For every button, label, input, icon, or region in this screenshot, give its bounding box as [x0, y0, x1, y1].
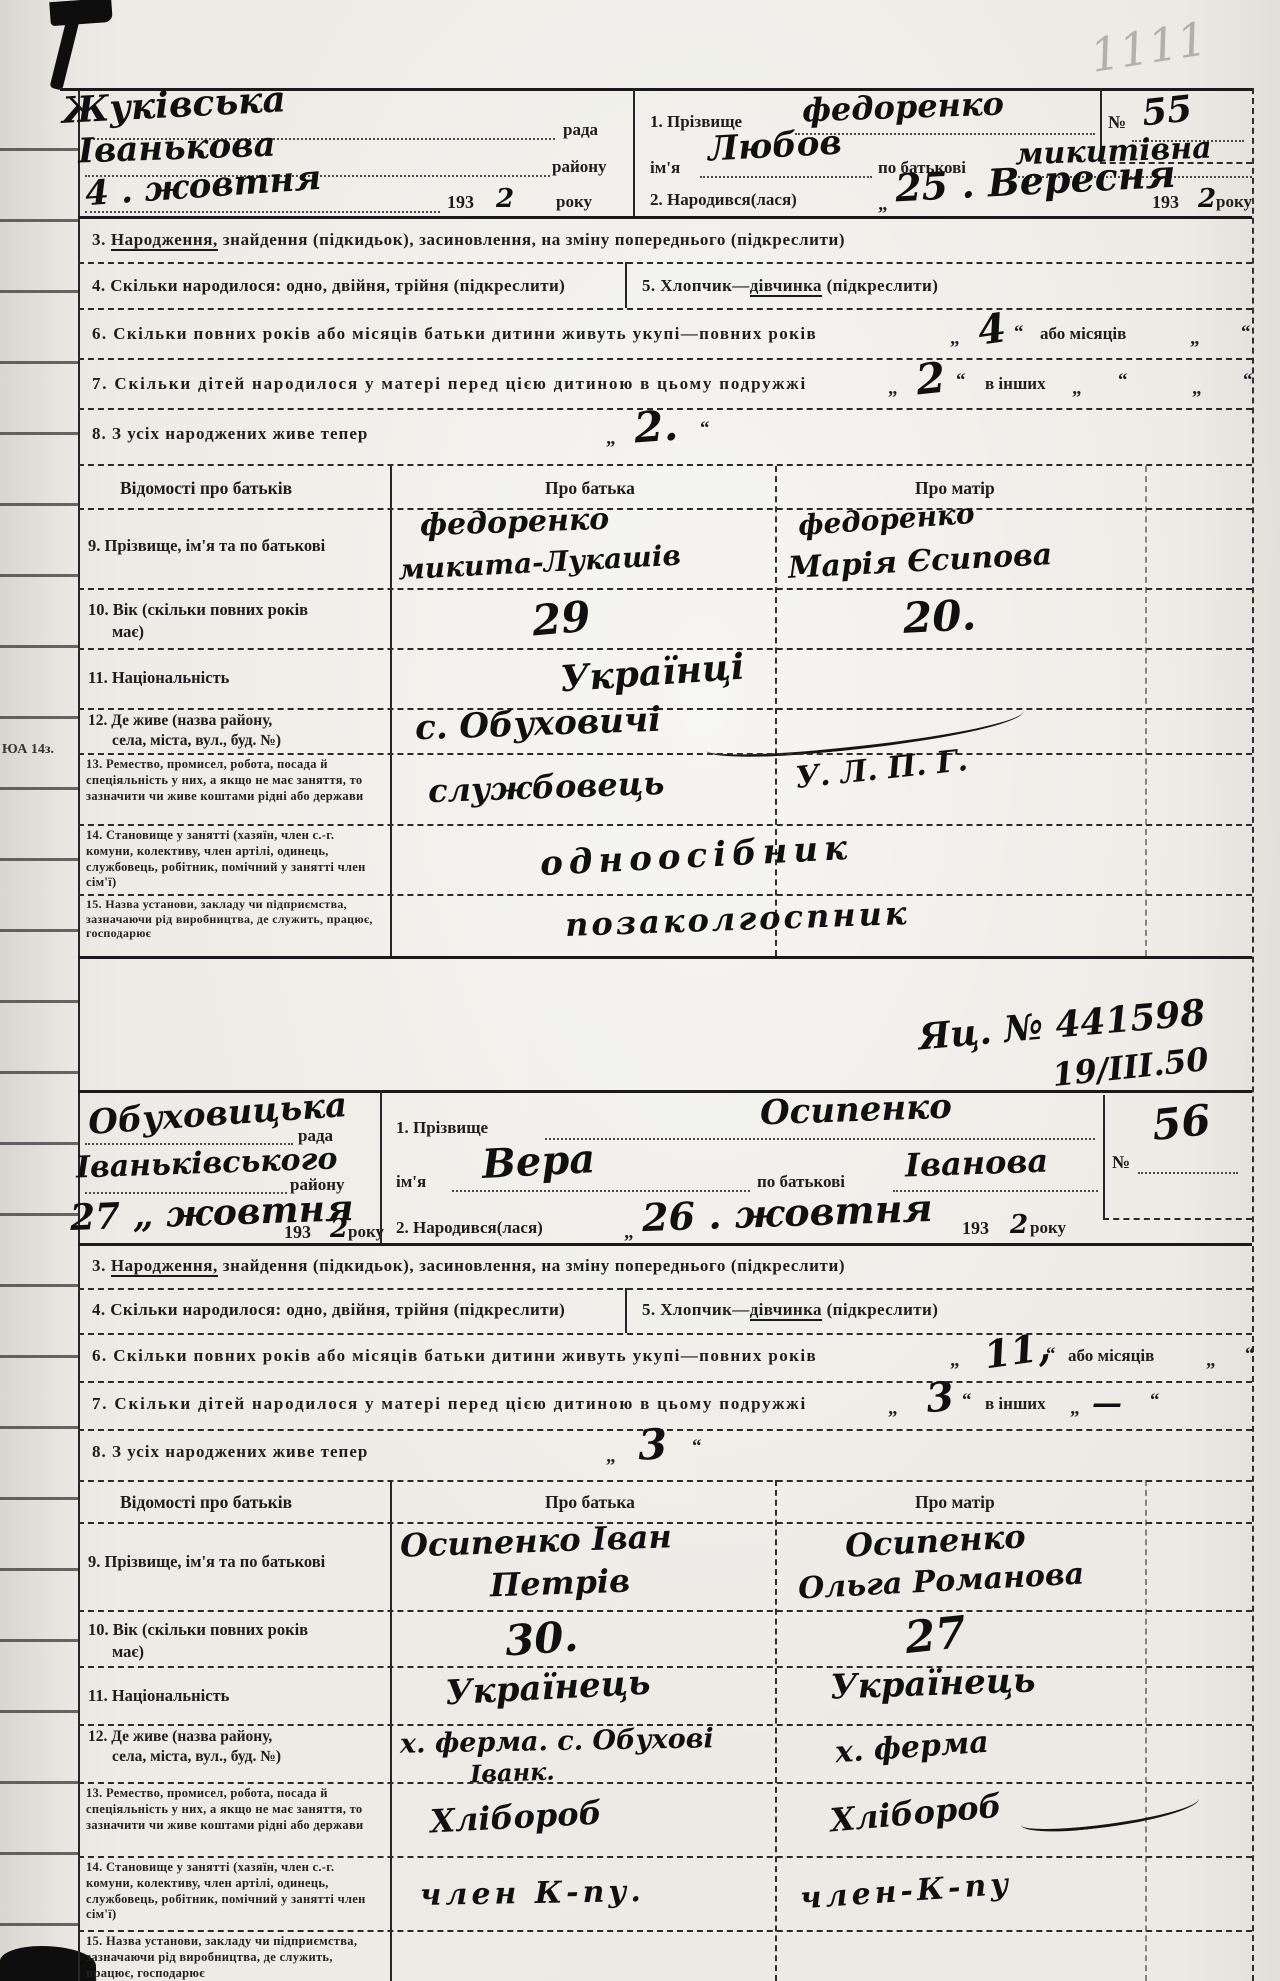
form1-born-label: 2. Народився(лася) [650, 190, 797, 210]
form1-field8-count-handwriting: 2. [632, 401, 679, 453]
form1-field7-text: 7. Скільки дітей народилося у матері пер… [92, 374, 807, 394]
form2-field7-text: 7. Скільки дітей народилося у матері пер… [92, 1394, 807, 1414]
form2-th-parents: Відомості про батьків [120, 1492, 292, 1513]
form1-row9-label: 9. Прізвище, ім'я та по батькові [88, 536, 325, 556]
form1-rule-14 [78, 894, 1252, 896]
form1-row11-label: 11. Національність [88, 668, 229, 688]
form2-header-bottom-rule [78, 1243, 1252, 1246]
form2-father-nationality-handwriting: Українець [444, 1663, 651, 1714]
form1-row15-label: 15. Назва установи, закладу чи підприємс… [86, 897, 380, 941]
form1-name-label: ім'я [650, 158, 680, 178]
form2-father-name-line1-handwriting: Осипенко Іван [399, 1517, 672, 1564]
form2-field7-count-handwriting: 3 [924, 1373, 957, 1423]
form2-row15-label: 15. Назва установи, закладу чи підприємс… [86, 1934, 380, 1981]
form1-rule-11 [78, 708, 1252, 710]
form2-rule-13 [78, 1856, 1252, 1858]
form-left-border [78, 88, 80, 1981]
field3-number: 3. [92, 230, 106, 249]
form2-rule-12 [78, 1782, 1252, 1784]
form1-birth-193: 193 [1152, 192, 1179, 213]
form1-rule-6 [78, 358, 1252, 360]
form1-field6b-text: або місяців [1040, 324, 1126, 344]
form2-table-col3-divider [1145, 1480, 1147, 1981]
form2-field6-months-open-quote: „ [1206, 1350, 1216, 1372]
form1-field7-open-quote: „ [888, 378, 898, 400]
form2-row14-label: 14. Становище у занятті (хазяїн, член с.… [86, 1860, 380, 1923]
form1-date-dotline [85, 211, 440, 213]
form2-surname-label: 1. Прізвище [396, 1118, 488, 1138]
form1-bottom-rule [78, 956, 1252, 959]
field5-post: (підкреслити) [827, 1300, 939, 1319]
form2-row10-label-line2: має) [112, 1642, 144, 1662]
form1-born-open-quote: „ [878, 194, 888, 216]
form1-row12-label-line2: села, міста, вул., буд. №) [112, 732, 281, 750]
form2-record-number-handwriting: 56 [1150, 1095, 1213, 1150]
form1-row12-label-line1: 12. Де живе (назва району, [88, 712, 272, 730]
form1-nationality-handwriting: Українці [559, 646, 746, 701]
form2-field8-open-quote: „ [606, 1446, 616, 1468]
form1-field4-text: 4. Скільки народилося: одно, двійня, трі… [92, 276, 565, 296]
form1-header-divider [633, 88, 635, 216]
form1-field3-text: 3. Народження, знайдення (підкидьок), за… [92, 230, 845, 250]
form1-number-label: № [1108, 112, 1126, 133]
form1-father-name-line2-handwriting: микита-Лукашів [397, 539, 681, 587]
form2-table-col1-divider [390, 1480, 392, 1981]
form1-rada-handwriting: Жуківська [61, 78, 287, 132]
form2-father-age-handwriting: 30. [503, 1612, 579, 1666]
form1-mother-age-handwriting: 20. [902, 590, 978, 643]
form2-rule-4 [78, 1333, 1252, 1335]
form1-rule-12 [78, 753, 1252, 755]
form2-rule-8 [78, 1480, 1252, 1482]
form1-record-number-handwriting: 55 [1140, 87, 1194, 134]
form1-table-col3-divider [1145, 466, 1147, 956]
form2-header-divider [380, 1090, 382, 1243]
scan-bottom-blob [0, 1946, 96, 1981]
form1-field6-months-close-quote: “ [1241, 322, 1251, 344]
form1-field8-close-quote: “ [700, 418, 710, 440]
field5-underlined-word: дівчинка [750, 1300, 822, 1321]
form2-field7-other-handwriting: — [1092, 1386, 1122, 1421]
form1-field7b-text: в інших [985, 374, 1046, 394]
form1-th-parents: Відомості про батьків [120, 478, 292, 499]
field5-pre: 5. Хлопчик— [642, 276, 750, 295]
scanned-registry-page: 1111 ЮА 14з. Жуківська рада Іванькова ра… [0, 0, 1280, 1981]
form2-field4-text: 4. Скільки народилося: одно, двійня, трі… [92, 1300, 565, 1320]
form1-year-digit-handwriting: 2 [496, 184, 514, 214]
form2-field7-other-open-quote: „ [1070, 1398, 1080, 1420]
form2-patronymic-handwriting: Іванова [904, 1142, 1048, 1185]
form1-th-mother: Про матір [915, 478, 995, 499]
form2-number-dotline [1138, 1172, 1238, 1174]
form1-birth-roku-label: року [1216, 192, 1252, 212]
form2-surname-handwriting: Осипенко [759, 1087, 952, 1134]
form1-rule-8 [78, 464, 1252, 466]
form2-rule-10 [78, 1666, 1252, 1668]
field5-underlined-word: дівчинка [750, 276, 822, 297]
form1-rule-3 [78, 262, 1252, 264]
form2-field7-other-close-quote: “ [1150, 1390, 1160, 1412]
form2-row10-label-line1: 10. Вік (скільки повних років [88, 1620, 308, 1640]
form1-table-col2-divider [775, 466, 777, 956]
form1-mother-name-line1-handwriting: федоренко [797, 497, 976, 542]
form1-field7-extra-close-quote: “ [1243, 370, 1253, 392]
form2-mother-position-handwriting: член-К-пу [799, 1867, 1013, 1917]
form2-year-193: 193 [284, 1222, 311, 1243]
form2-roku-label: року [348, 1222, 384, 1242]
form2-field3-text: 3. Народження, знайдення (підкидьок), за… [92, 1256, 845, 1276]
field5-pre: 5. Хлопчик— [642, 1300, 750, 1319]
form2-father-position-handwriting: член К-пу. [420, 1874, 645, 1913]
form2-birth-year-digit-handwriting: 2 [1010, 1210, 1028, 1240]
form1-row14-label: 14. Становище у занятті (хазяїн, член с.… [86, 828, 380, 891]
form1-field8-text: 8. З усіх народжених живе тепер [92, 424, 368, 444]
form2-rule-14 [78, 1930, 1252, 1932]
form2-father-name-line2-handwriting: Петрів [489, 1562, 630, 1605]
form2-number-box-bottom [1103, 1218, 1252, 1220]
form2-th-mother: Про матір [915, 1492, 995, 1513]
form2-field7-close-quote: “ [962, 1390, 972, 1412]
form1-residence-handwriting: с. Обуховичі [414, 700, 661, 749]
field3-underlined-word: Народження, [111, 1256, 218, 1277]
pencil-scribble: 1111 [1086, 11, 1210, 83]
form2-mother-residence-handwriting: х. ферма [834, 1725, 990, 1771]
form2-rule-3 [78, 1288, 1252, 1290]
form1-rule-4 [78, 308, 1252, 310]
form2-registration-date-handwriting: 27 „ жовтня [69, 1187, 354, 1239]
scan-corner-blob [49, 0, 113, 26]
form2-field7-open-quote: „ [888, 1398, 898, 1420]
field5-post: (підкреслити) [827, 276, 939, 295]
field3-rest: знайдення (підкидьок), засиновлення, на … [223, 230, 845, 249]
left-margin-ruling [0, 80, 78, 1981]
form1-rule-10 [78, 648, 1252, 650]
field3-number: 3. [92, 1256, 106, 1275]
field3-underlined-word: Народження, [111, 230, 218, 251]
form1-rada-label: рада [563, 120, 598, 140]
form2-row13-label: 13. Ремество, промисел, робота, посада й… [86, 1786, 380, 1833]
form1-field7-other-open-quote: „ [1072, 378, 1082, 400]
form1-field7-count-handwriting: 2 [914, 353, 948, 405]
form2-row12-label-line1: 12. Де живе (назва району, [88, 1728, 272, 1746]
form2-born-label: 2. Народився(лася) [396, 1218, 543, 1238]
form2-field8-close-quote: “ [692, 1436, 702, 1458]
form1-field7-extra-open-quote: „ [1192, 378, 1202, 400]
form2-name-label: ім'я [396, 1172, 426, 1192]
form1-header-bottom-rule [78, 216, 1252, 219]
form2-name-handwriting: Вера [481, 1135, 596, 1188]
form1-roku-label: року [556, 192, 592, 212]
form2-field6-years-handwriting: 11, [981, 1324, 1053, 1378]
form1-th-father: Про батька [545, 478, 635, 499]
form1-name-dotline [700, 176, 872, 178]
form1-mother-name-line2-handwriting: Марія Єсипова [787, 537, 1053, 586]
form1-institution-handwriting: позаколгоспник [564, 894, 910, 944]
form1-rule-13 [78, 824, 1252, 826]
form1-field6-open-quote: „ [950, 328, 960, 350]
form2-mother-occupation-handwriting: Хлібороб [829, 1787, 1003, 1840]
form2-field6b-text: або місяців [1068, 1346, 1154, 1366]
form1-field8-open-quote: „ [606, 428, 616, 450]
form1-row10-label-line1: 10. Вік (скільки повних років [88, 600, 308, 620]
form2-rule-9 [78, 1610, 1252, 1612]
form2-mother-age-handwriting: 27 [903, 1607, 969, 1664]
form2-field6-text: 6. Скільки повних років або місяців бать… [92, 1346, 817, 1366]
form1-field7-close-quote: “ [956, 370, 966, 392]
form2-field6-open-quote: „ [950, 1350, 960, 1372]
form2-row11-label: 11. Національність [88, 1686, 229, 1706]
registry-note-line2-handwriting: 19/ІІІ.50 [1050, 1040, 1210, 1094]
form1-field6-years-handwriting: 4 [975, 304, 1009, 354]
form1-birth-year-digit-handwriting: 2 [1198, 184, 1216, 214]
form2-field8-text: 8. З усіх народжених живе тепер [92, 1442, 368, 1462]
form2-field8-count-handwriting: 3 [637, 1419, 669, 1469]
form2-table-col2-divider [775, 1480, 777, 1981]
form2-number-label: № [1112, 1152, 1130, 1173]
form1-field4-5-divider [625, 262, 627, 308]
form2-row12-label-line2: села, міста, вул., буд. №) [112, 1748, 281, 1766]
form2-number-box-left [1103, 1095, 1105, 1220]
form1-field6-text: 6. Скільки повних років або місяців бать… [92, 324, 817, 344]
form1-rule-9 [78, 588, 1252, 590]
form2-field6-close-quote: “ [1046, 1344, 1056, 1366]
form1-table-col1-divider [390, 466, 392, 956]
form2-field5-text: 5. Хлопчик—дівчинка (підкреслити) [642, 1300, 938, 1320]
form1-raionu-label: району [552, 157, 607, 177]
form1-father-age-handwriting: 29 [530, 592, 593, 646]
form1-year-193: 193 [447, 192, 474, 213]
form2-birth-193: 193 [962, 1218, 989, 1239]
form1-field7-other-close-quote: “ [1118, 370, 1128, 392]
form2-mother-name-line2-handwriting: Ольга Романова [797, 1557, 1085, 1607]
form1-father-name-line1-handwriting: федоренко [419, 502, 609, 544]
form1-row10-label-line2: має) [112, 622, 144, 642]
form2-row9-label: 9. Прізвище, ім'я та по батькові [88, 1552, 325, 1572]
form2-birth-roku-label: року [1030, 1218, 1066, 1238]
form2-occupation-flourish [1019, 1787, 1201, 1837]
field3-rest: знайдення (підкидьок), засиновлення, на … [223, 1256, 845, 1275]
form2-birth-date-handwriting: 26 . жовтня [641, 1185, 933, 1240]
form2-rule-6 [78, 1381, 1252, 1383]
form2-year-digit-handwriting: 2 [330, 1214, 348, 1244]
form1-field5-text: 5. Хлопчик—дівчинка (підкреслити) [642, 276, 938, 296]
form1-father-occupation-handwriting: службовець [427, 764, 665, 810]
form2-th-father: Про батька [545, 1492, 635, 1513]
form1-field6-months-open-quote: „ [1190, 328, 1200, 350]
form1-name-handwriting: Любов [707, 123, 843, 170]
margin-note: ЮА 14з. [2, 742, 54, 758]
form1-row13-label: 13. Ремество, промисел, робота, посада й… [86, 757, 380, 804]
form2-surname-dotline [545, 1138, 1095, 1140]
form1-table-header-rule [78, 508, 1252, 510]
form2-mother-name-line1-handwriting: Осипенко [844, 1517, 1026, 1564]
form2-father-occupation-handwriting: Хлібороб [429, 1794, 602, 1841]
form2-field4-5-divider [625, 1288, 627, 1333]
form2-field6-months-close-quote: “ [1245, 1344, 1255, 1366]
form1-position-handwriting: одноосібник [539, 828, 854, 884]
form1-field6-close-quote: “ [1014, 322, 1024, 344]
form2-father-residence-line1-handwriting: х. ферма. с. Обухові [400, 1723, 714, 1759]
form2-name-dotline [452, 1190, 750, 1192]
form2-field7b-text: в інших [985, 1394, 1046, 1414]
form2-born-open-quote: „ [624, 1222, 634, 1244]
form2-mother-nationality-handwriting: Українець [829, 1660, 1036, 1707]
